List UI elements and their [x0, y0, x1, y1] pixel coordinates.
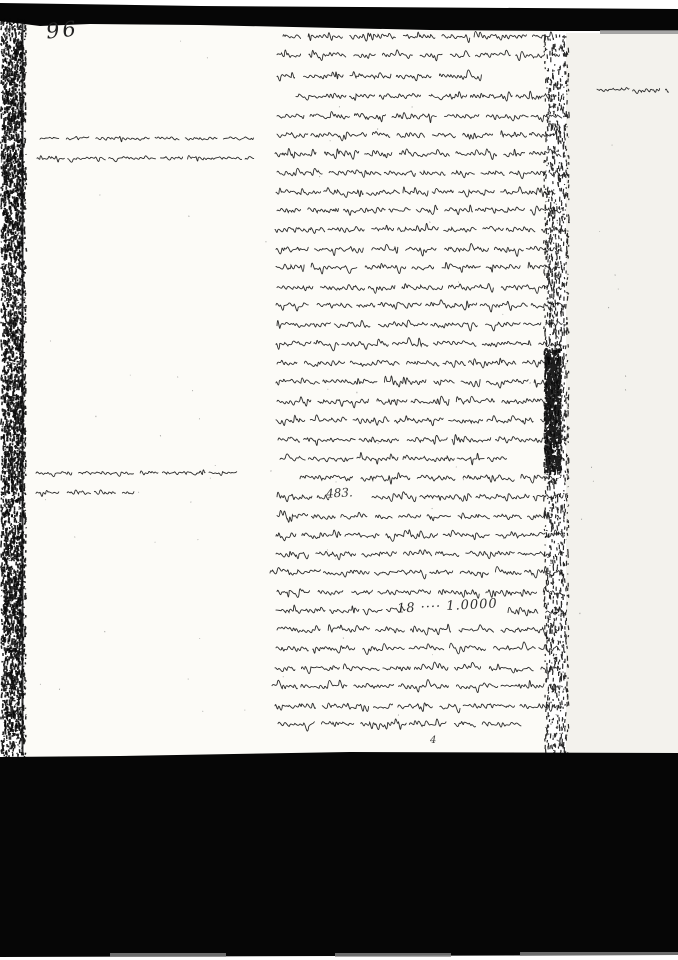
handwriting-ink-layer [0, 0, 678, 960]
main-text-ink [270, 31, 567, 731]
reference-number-fragment: 483. [326, 485, 353, 500]
page-number: 96 [45, 16, 80, 43]
margin-note-lower-ink [36, 470, 237, 497]
manuscript-scan-page: 96 483. 18 ···· 1.0000 4 [0, 0, 678, 960]
facing-page-note-ink [597, 88, 669, 94]
margin-note-top-ink [37, 136, 254, 162]
bottom-corner-mark: 4 [430, 735, 436, 746]
